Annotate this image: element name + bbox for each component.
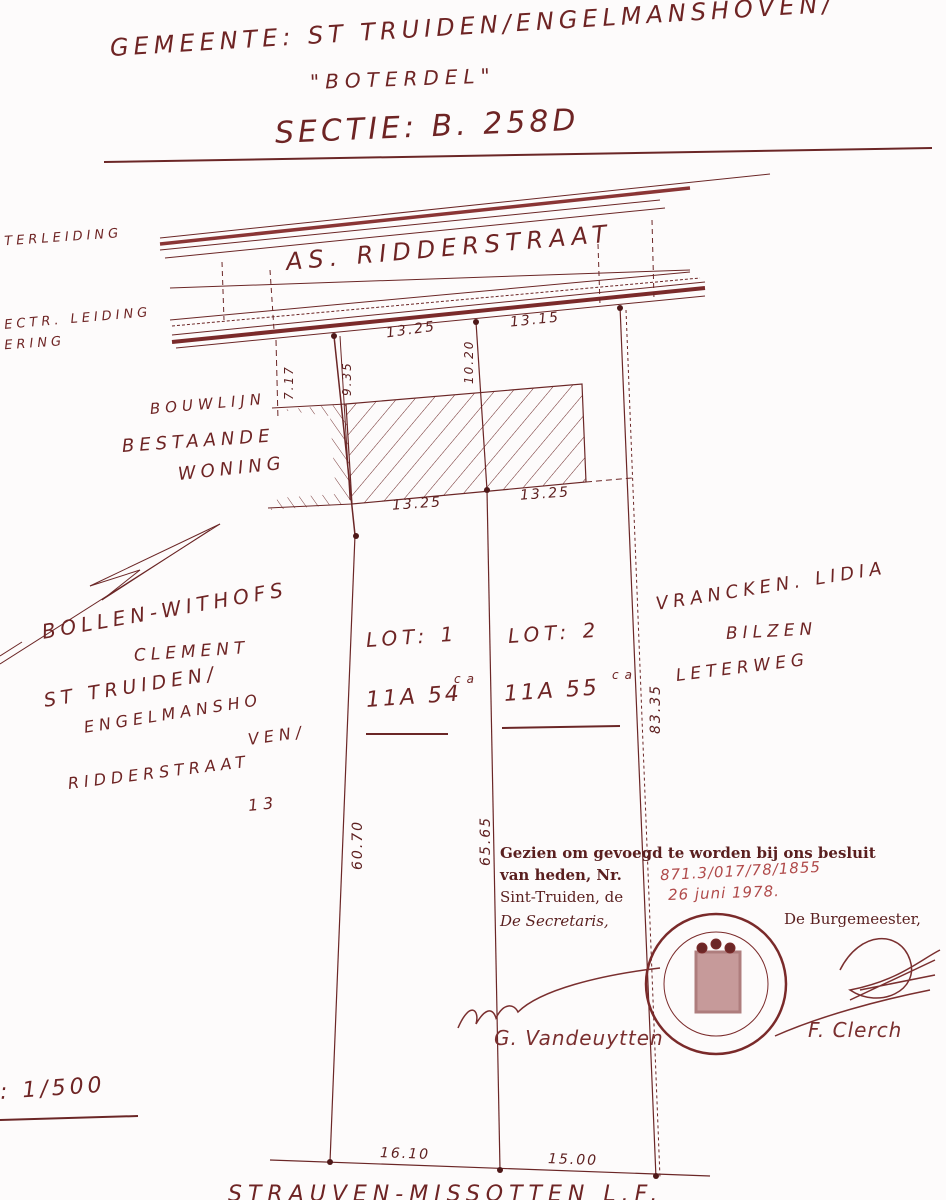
- stamp-line-2-prefix: van heden, Nr.: [500, 866, 622, 884]
- dim-setback-lot1: 9.35: [340, 361, 354, 396]
- lot-2-area-unit: ca: [612, 668, 638, 682]
- dim-depth-lot1: 60.70: [350, 820, 366, 870]
- signature-mayor: F. Clerch: [808, 1018, 902, 1042]
- dim-rear-lot2: 15.00: [548, 1151, 599, 1169]
- municipal-seal: [646, 914, 786, 1054]
- bottom-street-label: STRAUVEN-MISSOTTEN L.F.: [228, 1182, 663, 1200]
- mayor-label: De Burgemeester,: [784, 910, 921, 928]
- signature-secretary: G. Vandeuytten: [494, 1026, 664, 1050]
- owner-left-number: 13: [247, 793, 279, 815]
- secretary-label: De Secretaris,: [500, 912, 609, 930]
- dim-depth-right: 83.35: [648, 684, 664, 734]
- lot-1-area-unit: ca: [454, 672, 480, 686]
- dim-depth-lot2: 65.65: [478, 816, 494, 866]
- dim-setback-lot2: 10.20: [462, 340, 476, 384]
- dim-setback-left: 7.17: [282, 365, 296, 400]
- stamp-line-3-prefix: Sint-Truiden, de: [500, 888, 623, 906]
- dim-rear-lot1: 16.10: [380, 1145, 431, 1163]
- parcel-plan-drawing: [0, 0, 946, 1200]
